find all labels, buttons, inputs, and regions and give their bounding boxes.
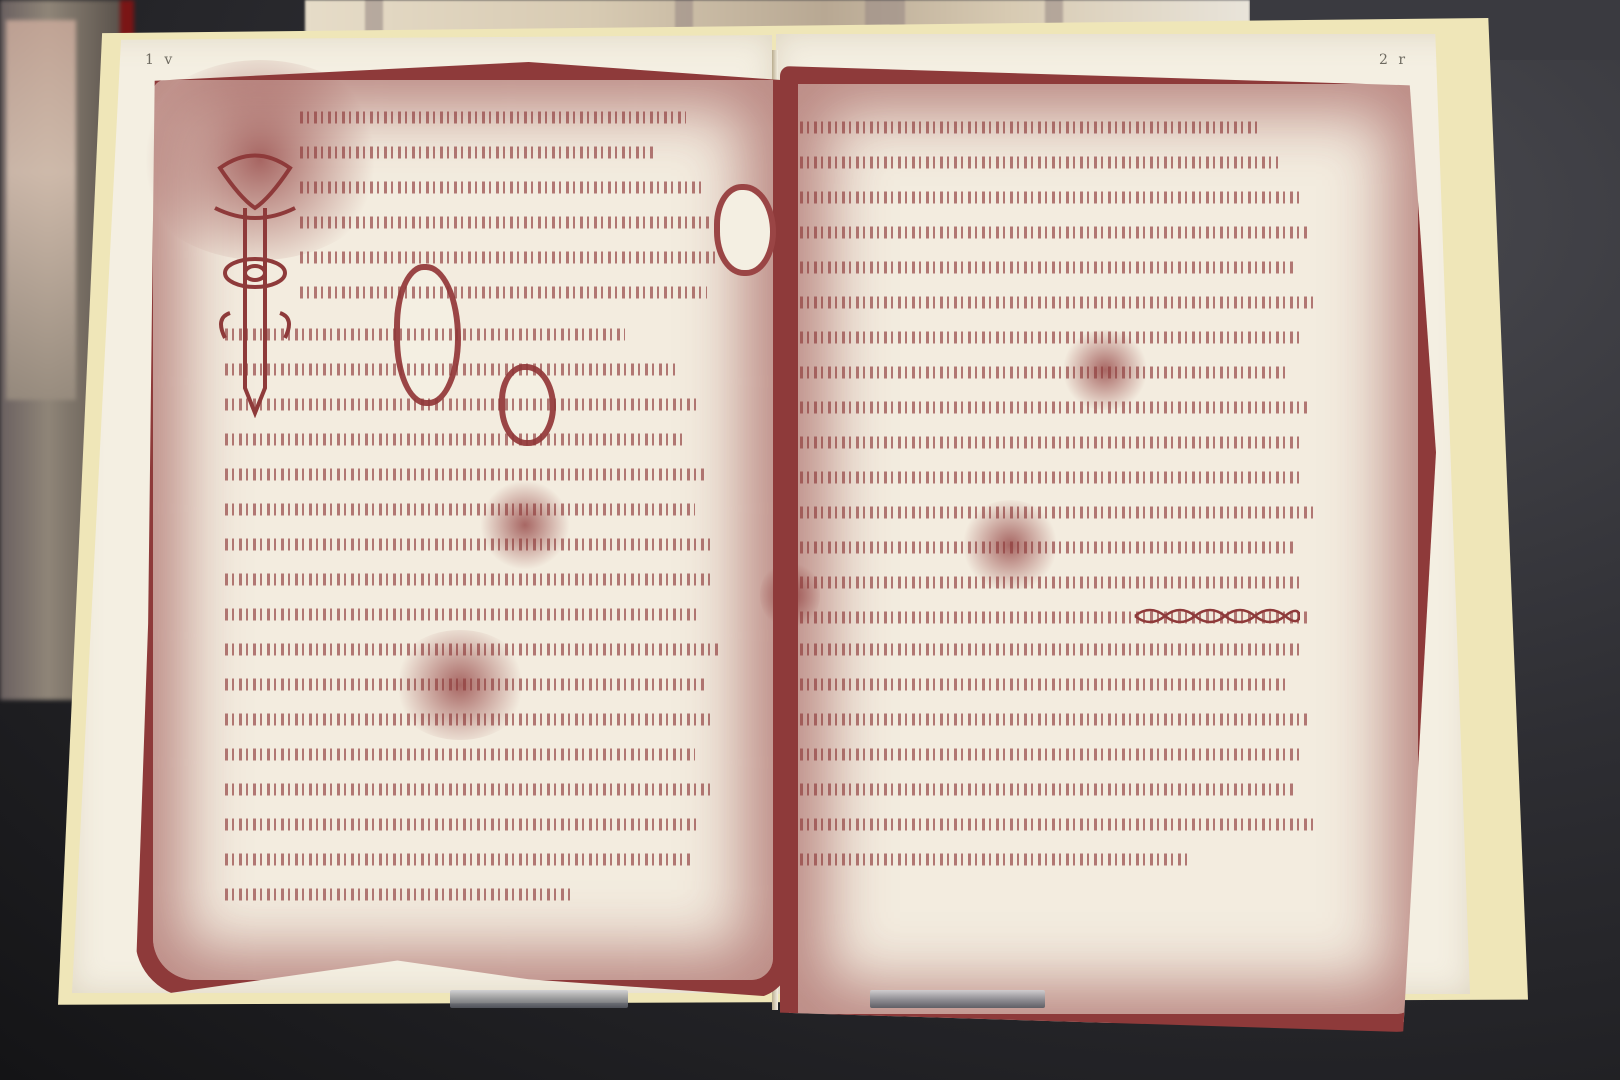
folio-label-left: 1 v (145, 52, 175, 68)
acrylic-stand-left (450, 990, 628, 1008)
folio-label-right: 2 r (1379, 52, 1408, 68)
braid-ornament (1130, 604, 1300, 628)
manuscript-text-right-lower (800, 640, 1320, 885)
manuscript-text-right (800, 118, 1320, 643)
photo-scene: 1 v 2 r (0, 0, 1620, 1080)
page-hole (720, 190, 770, 270)
manuscript-text-left (300, 108, 720, 318)
manuscript-text-left-body (225, 325, 725, 920)
acrylic-stand-right (870, 990, 1045, 1008)
